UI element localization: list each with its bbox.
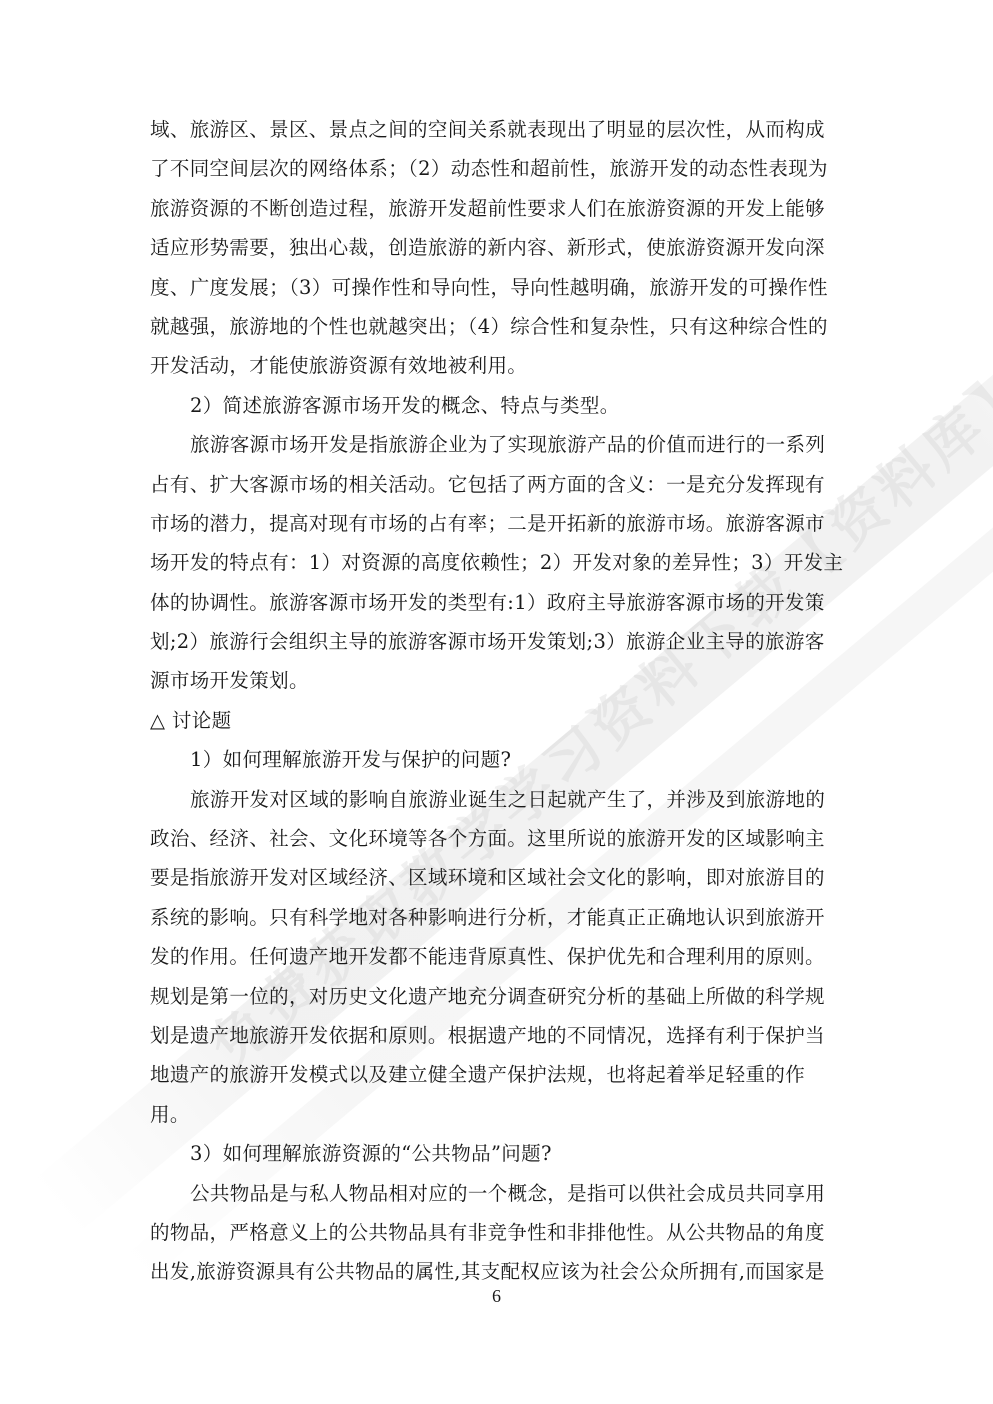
text-line: 地遗产的旅游开发模式以及建立健全遗产保护法规，也将起着举足轻重的作 xyxy=(150,1055,834,1094)
text-line: 旅游资源的不断创造过程，旅游开发超前性要求人们在旅游资源的开发上能够 xyxy=(150,189,834,228)
text-line: 划;2）旅游行会组织主导的旅游客源市场开发策划;3）旅游企业主导的旅游客 xyxy=(150,622,834,661)
text-line: 就越强，旅游地的个性也就越突出；（4）综合性和复杂性，只有这种综合性的 xyxy=(150,307,834,346)
question-heading: 1）如何理解旅游开发与保护的问题? xyxy=(150,740,834,779)
text-line: 场开发的特点有：1）对资源的高度依赖性；2）开发对象的差异性；3）开发主 xyxy=(150,543,834,582)
text-line: 用。 xyxy=(150,1095,834,1134)
text-line: 旅游开发对区域的影响自旅游业诞生之日起就产生了，并涉及到旅游地的 xyxy=(150,780,834,819)
question-heading: 3）如何理解旅游资源的“公共物品”问题? xyxy=(150,1134,834,1173)
text-line: 占有、扩大客源市场的相关活动。它包括了两方面的含义：一是充分发挥现有 xyxy=(150,465,834,504)
document-body: 域、旅游区、景区、景点之间的空间关系就表现出了明显的层次性，从而构成 了不同空间… xyxy=(150,110,834,1292)
text-line: 域、旅游区、景区、景点之间的空间关系就表现出了明显的层次性，从而构成 xyxy=(150,110,834,149)
text-line: 旅游客源市场开发是指旅游企业为了实现旅游产品的价值而进行的一系列 xyxy=(150,425,834,464)
text-line: 体的协调性。旅游客源市场开发的类型有:1）政府主导旅游客源市场的开发策 xyxy=(150,583,834,622)
text-line: 市场的潜力，提高对现有市场的占有率；二是开拓新的旅游市场。旅游客源市 xyxy=(150,504,834,543)
text-line: 度、广度发展；（3）可操作性和导向性，导向性越明确，旅游开发的可操作性 xyxy=(150,268,834,307)
text-line: 系统的影响。只有科学地对各种影响进行分析，才能真正正确地认识到旅游开 xyxy=(150,898,834,937)
text-line: 开发活动，才能使旅游资源有效地被利用。 xyxy=(150,346,834,385)
text-line: 源市场开发策划。 xyxy=(150,661,834,700)
text-line: 划是遗产地旅游开发依据和原则。根据遗产地的不同情况，选择有利于保护当 xyxy=(150,1016,834,1055)
text-line: 发的作用。任何遗产地开发都不能违背原真性、保护优先和合理利用的原则。 xyxy=(150,937,834,976)
section-heading: △ 讨论题 xyxy=(150,701,834,740)
text-line: 规划是第一位的，对历史文化遗产地充分调查研究分析的基础上所做的科学规 xyxy=(150,977,834,1016)
text-line: 了不同空间层次的网络体系；（2）动态性和超前性，旅游开发的动态性表现为 xyxy=(150,149,834,188)
text-line: 适应形势需要，独出心裁，创造旅游的新内容、新形式，使旅游资源开发向深 xyxy=(150,228,834,267)
text-line: 的物品，严格意义上的公共物品具有非竞争性和非排他性。从公共物品的角度 xyxy=(150,1213,834,1252)
text-line: 政治、经济、社会、文化环境等各个方面。这里所说的旅游开发的区域影响主 xyxy=(150,819,834,858)
text-line: 要是指旅游开发对区域经济、区域环境和区域社会文化的影响，即对旅游目的 xyxy=(150,858,834,897)
page-number: 6 xyxy=(0,1286,993,1307)
text-line: 公共物品是与私人物品相对应的一个概念，是指可以供社会成员共同享用 xyxy=(150,1174,834,1213)
question-heading: 2）简述旅游客源市场开发的概念、特点与类型。 xyxy=(150,386,834,425)
